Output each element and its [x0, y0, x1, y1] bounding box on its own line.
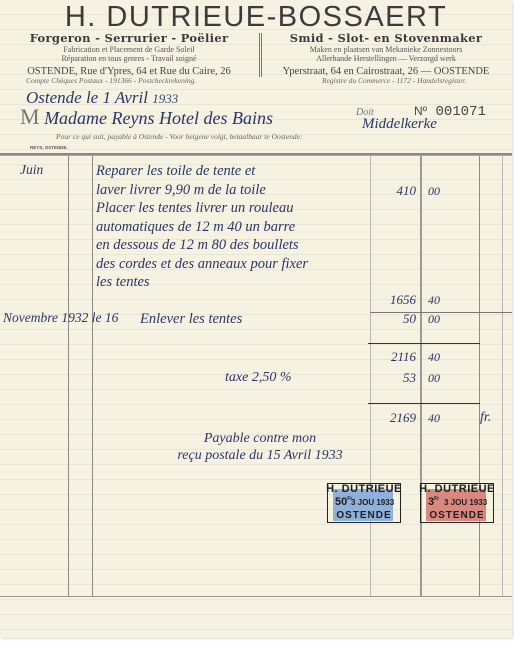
stamp-header: H. DUTRIEUE: [418, 483, 496, 495]
stamp-place: OSTENDE: [325, 510, 403, 521]
item-cents: 40: [428, 293, 440, 308]
column-line-amount: [420, 156, 422, 596]
item-line: les tentes: [96, 273, 308, 292]
letterhead-french: Forgeron - Serrurier - Poëlier Fabricati…: [4, 31, 254, 77]
revenue-stamp-blue: H. DUTRIEUE 50Fr 3 JOU 1933 OSTENDE: [325, 483, 403, 523]
item-description: Enlever les tentes: [140, 310, 242, 329]
currency: fr.: [480, 410, 491, 426]
column-line-edge: [502, 156, 503, 596]
stamp-value-number: 50: [335, 496, 347, 508]
column-line-desc: [92, 156, 93, 596]
item-line: en dessous de 12 m 80 des boullets: [96, 236, 308, 255]
trades-fr: Forgeron - Serrurier - Poëlier: [4, 31, 254, 45]
stamp-value-unit: Fr: [434, 496, 439, 502]
client-city: Middelkerke: [362, 116, 437, 133]
subtotal-cents: 40: [428, 350, 440, 365]
table-top-rule: [0, 153, 512, 156]
payment-note-line: Payable contre mon: [140, 430, 380, 447]
client-name: Madame Reyns Hotel des Bains: [44, 108, 273, 128]
trades-nl: Smid - Slot- en Stovenmaker: [268, 31, 504, 45]
column-line-date: [68, 156, 69, 596]
item-amount: 1656: [360, 292, 416, 308]
tax-amount: 53: [360, 370, 416, 386]
invoice-paper: H. DUTRIEUE-BOSSAERT Forgeron - Serrurie…: [0, 0, 512, 638]
services-nl-1: Maken en plaatsen van Mekanieke Zonnesto…: [268, 45, 504, 54]
table-bottom-rule: [0, 596, 512, 597]
item-line: laver livrer 9,90 m de la toile: [96, 181, 266, 200]
stamp-date: 3 JOU 1933: [351, 498, 394, 507]
salutation-initial: M: [20, 104, 40, 129]
column-line-cents: [479, 156, 480, 596]
stamp-header: H. DUTRIEUE: [325, 483, 403, 495]
subtotal-rule: [368, 343, 480, 344]
item-line: Reparer les toile de tente et: [96, 162, 266, 181]
item-amount: 50: [360, 311, 416, 327]
total-cents: 40: [428, 411, 440, 426]
postal-account: Compte Chèques Postaux - 191366 - Postch…: [26, 76, 196, 85]
item-line: Placer les tentes livrer un rouleau: [96, 199, 308, 218]
item-cents: 00: [428, 312, 440, 327]
payment-note-line: reçu postale du 15 Avril 1933: [140, 447, 380, 464]
item-description: Reparer les toile de tente et laver livr…: [96, 162, 266, 199]
item-date: Novembre 1932 le 16: [3, 310, 118, 326]
total-rule: [368, 403, 480, 404]
services-fr-2: Réparation en tous genres - Travail soig…: [4, 54, 254, 63]
item-cents: 00: [428, 184, 440, 199]
item-date: Juin: [20, 162, 43, 178]
tax-label: taxe 2,50 %: [225, 370, 291, 386]
item-amount: 410: [360, 183, 416, 199]
item-description: Placer les tentes livrer un rouleau auto…: [96, 199, 308, 292]
stamp-value: 3Fr: [428, 496, 439, 508]
payable-note: Pour ce qui suit, payable à Ostende - Vo…: [56, 132, 302, 141]
tax-cents: 00: [428, 371, 440, 386]
commerce-register: Registre du Commerce - 1172 - Handelsreg…: [322, 76, 466, 85]
item-line: automatiques de 12 m 40 un barre: [96, 218, 308, 237]
number-value: 001071: [435, 104, 485, 120]
printer-mark: REYS, OSTENDE.: [30, 145, 68, 150]
services-nl-2: Allerhande Herstellingen — Verzorgd werk: [268, 54, 504, 63]
stamp-place: OSTENDE: [418, 510, 496, 521]
total-amount: 2169: [360, 410, 416, 426]
subtotal-amount: 2116: [360, 349, 416, 365]
letterhead-dutch: Smid - Slot- en Stovenmaker Maken en pla…: [268, 31, 504, 77]
payment-note: Payable contre mon reçu postale du 15 Av…: [140, 430, 380, 464]
item-line: Enlever les tentes: [140, 310, 242, 329]
company-name: H. DUTRIEUE-BOSSAERT: [0, 1, 512, 34]
letterhead-divider: [259, 33, 262, 77]
services-fr-1: Fabrication et Placement de Garde Soleil: [4, 45, 254, 54]
client-line: M Madame Reyns Hotel des Bains: [20, 104, 273, 130]
stamp-value: 50Fr: [335, 496, 352, 508]
stamp-date: 3 JOU 1933: [444, 498, 487, 507]
revenue-stamp-red: H. DUTRIEUE 3Fr 3 JOU 1933 OSTENDE: [418, 483, 496, 523]
item-line: des cordes et des anneaux pour fixer: [96, 255, 308, 274]
